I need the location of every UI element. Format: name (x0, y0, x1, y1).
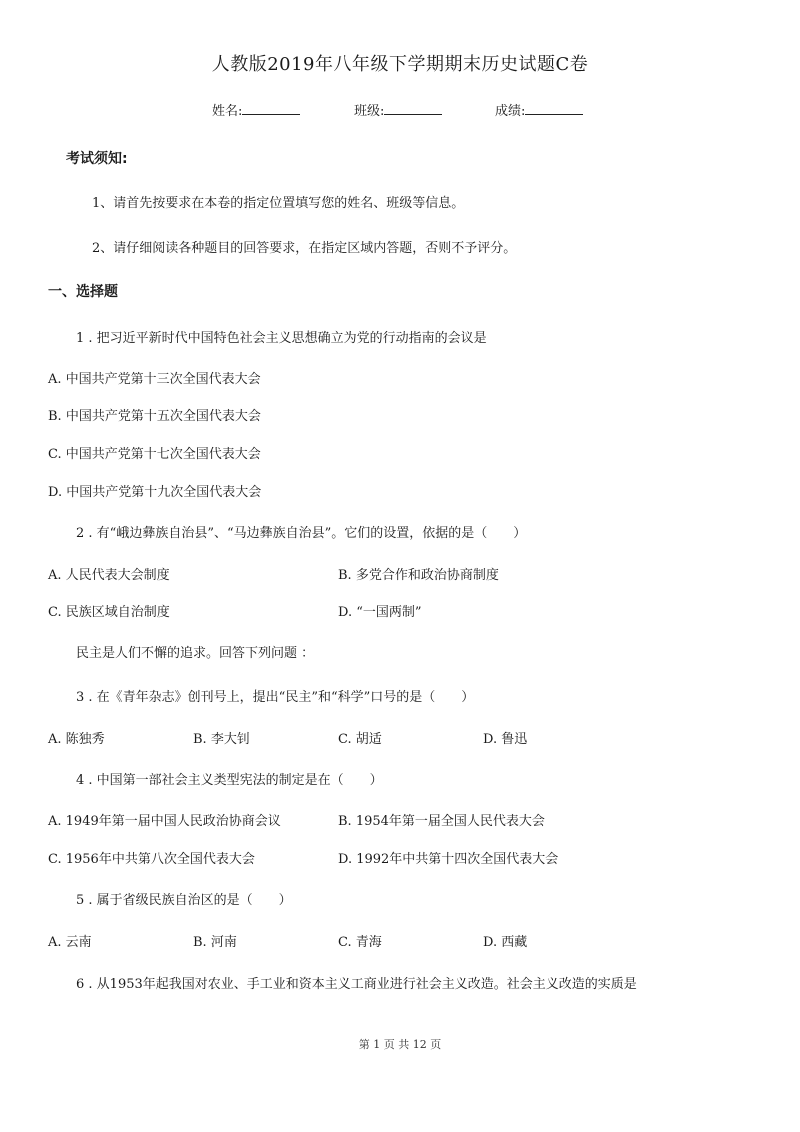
question-2-option-b: B. 多党合作和政治协商制度 (338, 564, 499, 583)
question-4-stem: 4 . 中国第一部社会主义类型宪法的制定是在（ ） (76, 769, 383, 788)
class-blank (384, 102, 442, 115)
document-title: 人教版2019年八年级下学期期末历史试题C卷 (0, 50, 800, 76)
question-4-option-a: A. 1949年第一届中国人民政治协商会议 (48, 810, 281, 829)
question-3-stem: 3 . 在《青年杂志》创刊号上，提出“民主”和“科学”口号的是（ ） (76, 686, 474, 705)
notice-item-2: 2、请仔细阅读各种题目的回答要求，在指定区域内答题，否则不予评分。 (92, 237, 516, 256)
question-3-option-a: A. 陈独秀 (48, 728, 105, 747)
question-3-option-b: B. 李大钊 (193, 728, 250, 747)
question-5-stem: 5 . 属于省级民族自治区的是（ ） (76, 889, 292, 908)
name-field: 姓名: (212, 100, 300, 119)
question-1-stem: 1 . 把习近平新时代中国特色社会主义思想确立为党的行动指南的会议是 (76, 327, 487, 346)
question-1-option-b: B. 中国共产党第十五次全国代表大会 (48, 405, 261, 424)
question-6-stem: 6 . 从1953年起我国对农业、手工业和资本主义工商业进行社会主义改造。社会主… (76, 973, 637, 992)
question-1-option-d: D. 中国共产党第十九次全国代表大会 (48, 481, 261, 500)
question-2-option-a: A. 人民代表大会制度 (48, 564, 170, 583)
question-4-option-c: C. 1956年中共第八次全国代表大会 (48, 848, 255, 867)
question-1-option-c: C. 中国共产党第十七次全国代表大会 (48, 443, 261, 462)
question-3-option-c: C. 胡适 (338, 728, 382, 747)
page-footer: 第 1 页 共 12 页 (0, 1036, 800, 1052)
passage-intro: 民主是人们不懈的追求。回答下列问题 ： (76, 642, 314, 661)
class-label: 班级: (354, 104, 384, 119)
section-title: 一、选择题 (48, 281, 118, 301)
question-2-option-c: C. 民族区域自治制度 (48, 601, 170, 620)
question-1-option-a: A. 中国共产党第十三次全国代表大会 (48, 368, 261, 387)
question-2-option-d: D. “一国两制” (338, 601, 422, 620)
score-label: 成绩: (495, 104, 525, 119)
class-field: 班级: (354, 100, 442, 119)
score-blank (525, 102, 583, 115)
score-field: 成绩: (495, 100, 583, 119)
question-5-option-a: A. 云南 (48, 931, 92, 950)
name-blank (242, 102, 300, 115)
question-5-option-d: D. 西藏 (483, 931, 527, 950)
notice-title: 考试须知: (66, 148, 128, 168)
question-4-option-b: B. 1954年第一届全国人民代表大会 (338, 810, 545, 829)
question-4-option-d: D. 1992年中共第十四次全国代表大会 (338, 848, 558, 867)
question-5-option-b: B. 河南 (193, 931, 237, 950)
name-label: 姓名: (212, 104, 242, 119)
question-3-option-d: D. 鲁迅 (483, 728, 527, 747)
notice-item-1: 1、请首先按要求在本卷的指定位置填写您的姓名、班级等信息。 (92, 192, 464, 211)
question-5-option-c: C. 青海 (338, 931, 382, 950)
question-2-stem: 2 . 有“峨边彝族自治县”、“马边彝族自治县”。它们的设置，依据的是（ ） (76, 522, 526, 541)
